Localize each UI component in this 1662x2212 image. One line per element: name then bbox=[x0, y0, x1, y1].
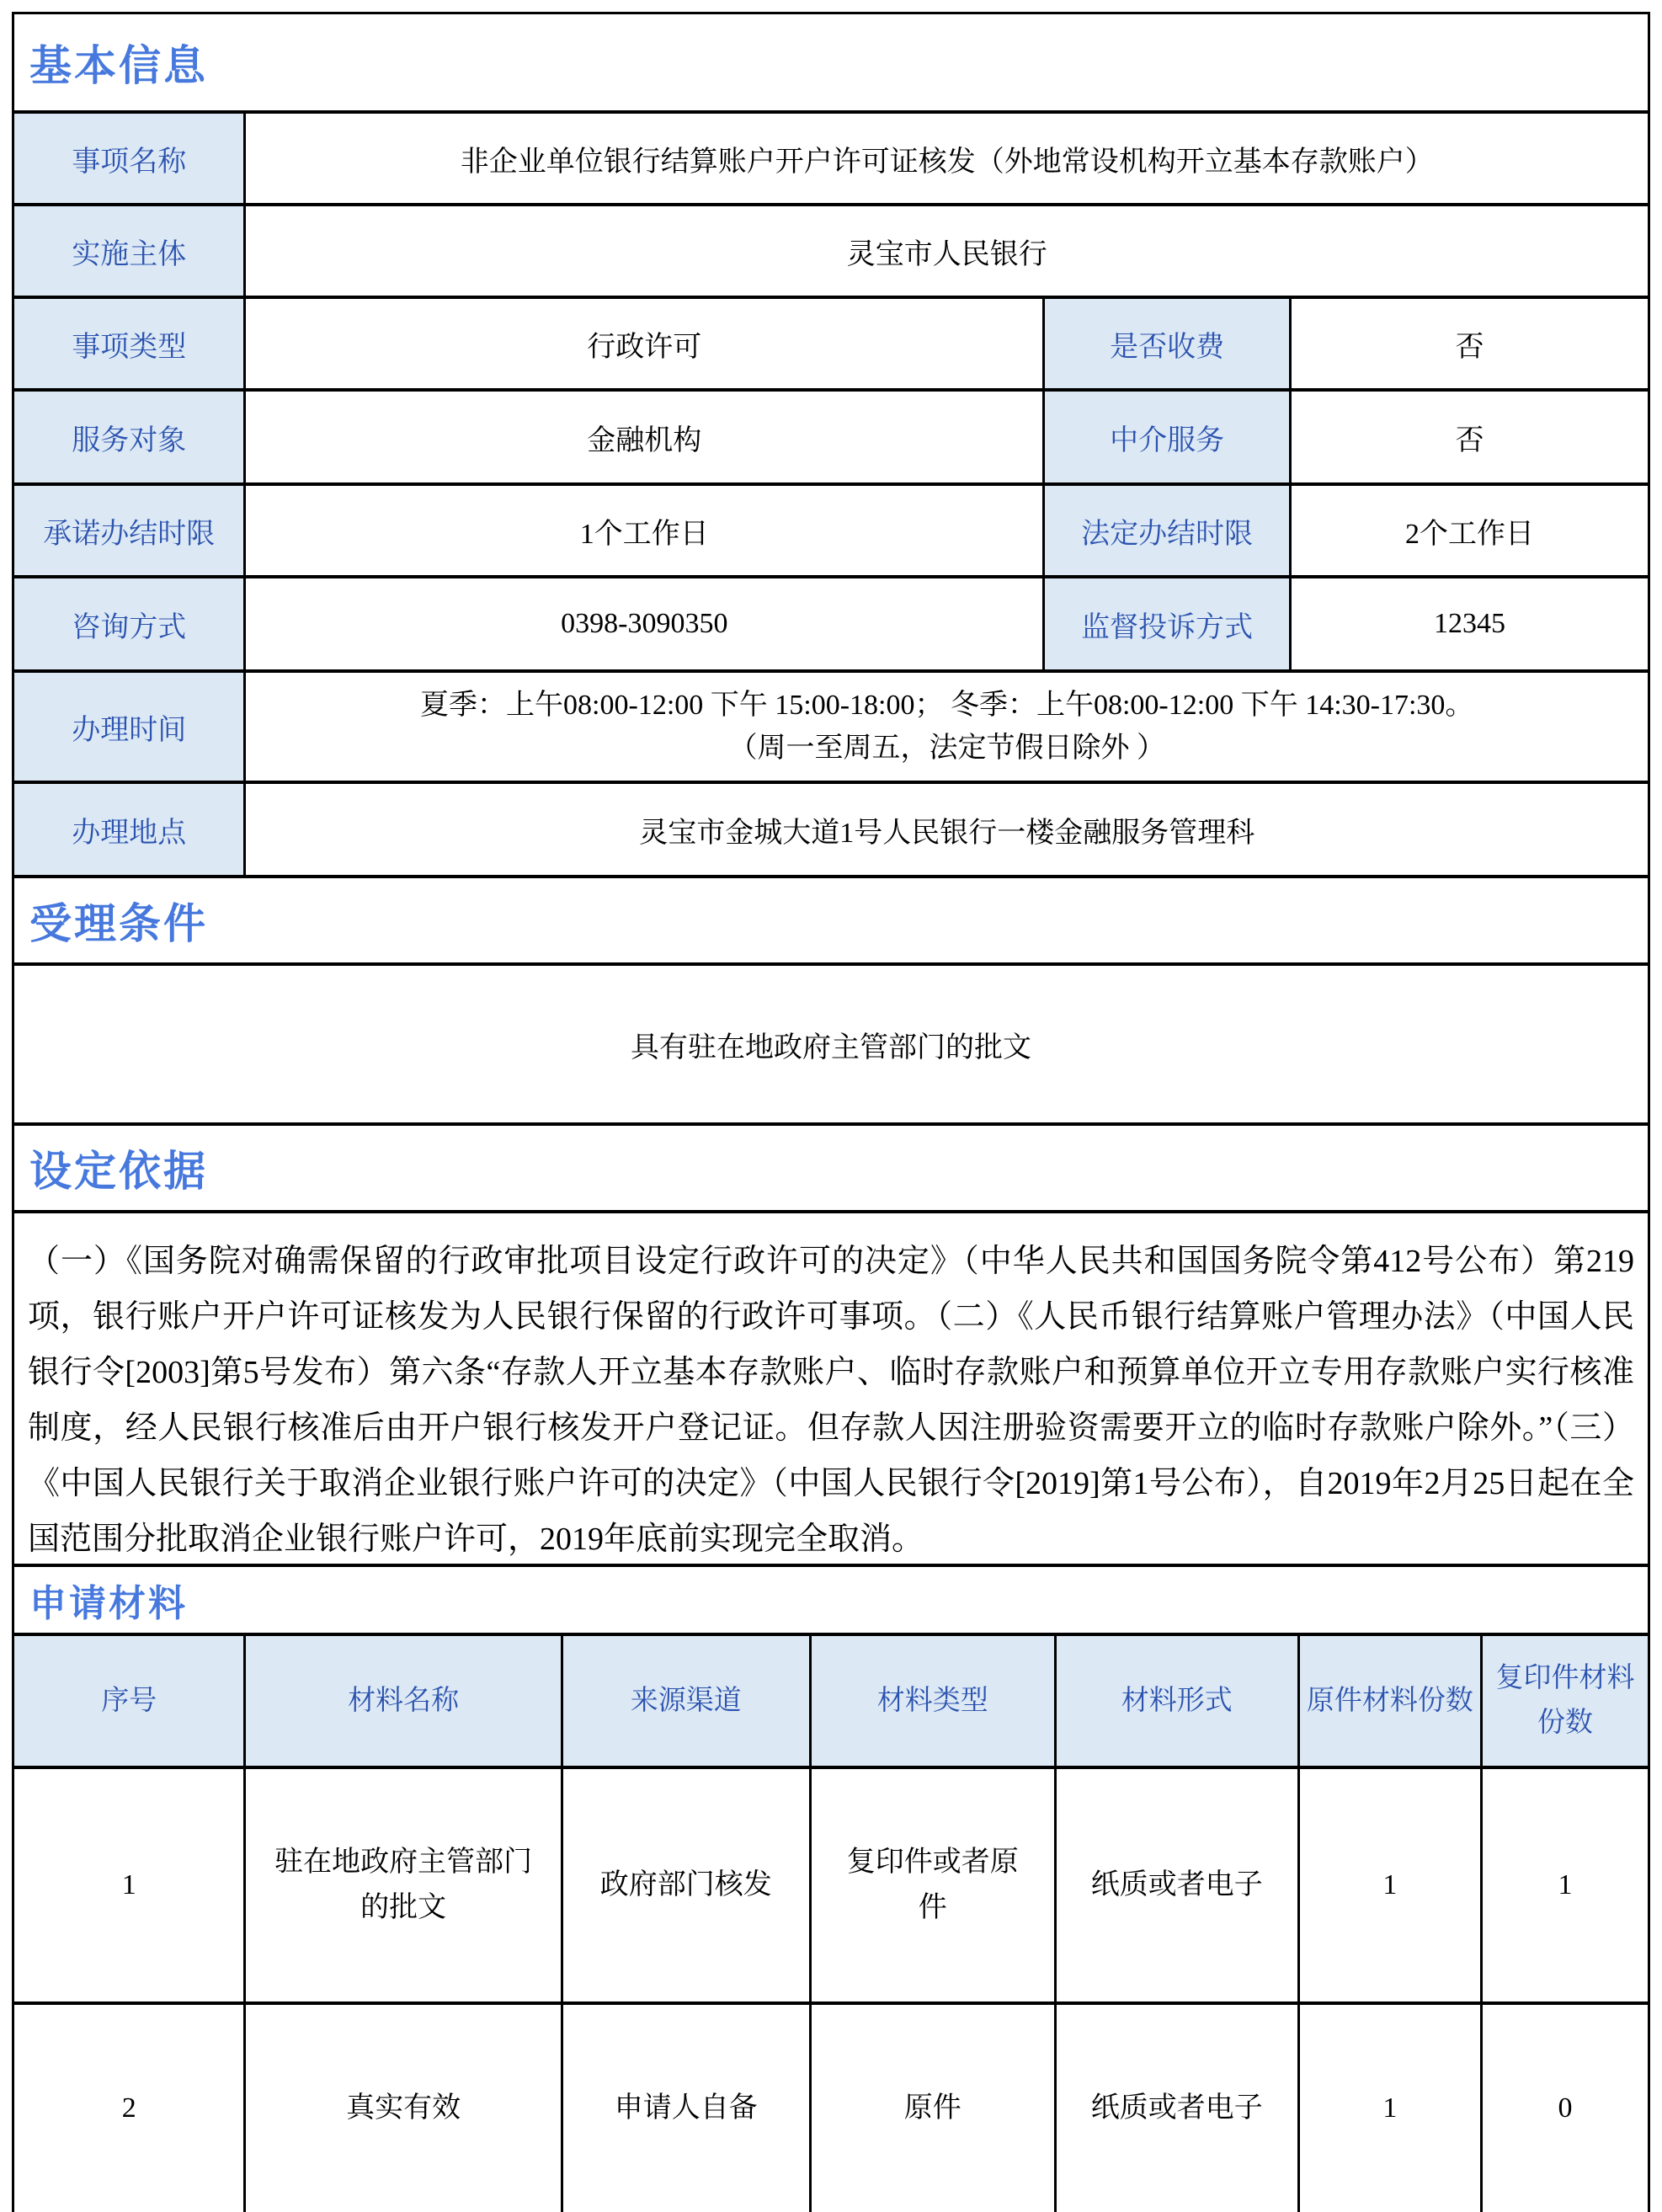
section-title-acceptance-conditions: 受理条件 bbox=[29, 890, 208, 951]
field-label-item-type: 事项类型 bbox=[14, 299, 246, 388]
field-value-item-type: 行政许可 bbox=[246, 299, 1045, 388]
materials-column-header-index: 序号 bbox=[14, 1636, 246, 1766]
materials-cell-photocopy-copies: 1 bbox=[1483, 1769, 1648, 2001]
document-frame: 基本信息 事项名称 非企业单位银行结算账户开户许可证核发（外地常设机构开立基本存… bbox=[12, 12, 1650, 2168]
field-label-implementing-body: 实施主体 bbox=[14, 206, 246, 296]
field-value-office-hours: 夏季：上午08:00-12:00 下午 15:00-18:00； 冬季：上午08… bbox=[246, 673, 1648, 781]
acceptance-conditions-content: 具有驻在地政府主管部门的批文 bbox=[14, 966, 1648, 1126]
field-value-implementing-body: 灵宝市人民银行 bbox=[246, 206, 1648, 296]
section-title-basic-info: 基本信息 bbox=[29, 32, 208, 93]
materials-table-header-row: 序号 材料名称 来源渠道 材料类型 材料形式 原件材料份数 复印件材料份数 bbox=[14, 1636, 1648, 1769]
field-value-fee-charged: 否 bbox=[1292, 299, 1648, 388]
field-label-consultation-method: 咨询方式 bbox=[14, 578, 246, 669]
materials-column-header-form: 材料形式 bbox=[1057, 1636, 1300, 1766]
materials-column-header-original-copies: 原件材料份数 bbox=[1300, 1636, 1483, 1766]
field-label-office-hours: 办理时间 bbox=[14, 673, 246, 781]
legal-basis-content: （一）《国务院对确需保留的行政审批项目设定行政许可的决定》（中华人民共和国国务院… bbox=[14, 1213, 1648, 1567]
materials-column-header-photocopy-copies: 复印件材料份数 bbox=[1483, 1636, 1648, 1766]
field-value-statutory-time-limit: 2个工作日 bbox=[1292, 486, 1648, 575]
field-value-service-target: 金融机构 bbox=[246, 392, 1045, 482]
materials-table-row-1: 1 驻在地政府主管部门的批文 政府部门核发 复印件或者原件 纸质或者电子 1 1 bbox=[14, 1769, 1648, 2005]
field-label-promised-time-limit: 承诺办结时限 bbox=[14, 486, 246, 575]
materials-cell-original-copies: 1 bbox=[1300, 2005, 1483, 2168]
field-value-office-location: 灵宝市金城大道1号人民银行一楼金融服务管理科 bbox=[246, 784, 1648, 875]
table-row-office-hours: 办理时间 夏季：上午08:00-12:00 下午 15:00-18:00； 冬季… bbox=[14, 673, 1648, 784]
field-label-complaint-method: 监督投诉方式 bbox=[1045, 578, 1292, 669]
materials-cell-type: 原件 bbox=[812, 2005, 1057, 2168]
materials-cell-type: 复印件或者原件 bbox=[812, 1769, 1057, 2001]
materials-cell-source: 政府部门核发 bbox=[563, 1769, 812, 2001]
section-header-basic-info: 基本信息 bbox=[14, 14, 1648, 114]
table-row-office-location: 办理地点 灵宝市金城大道1号人民银行一楼金融服务管理科 bbox=[14, 784, 1648, 878]
table-row-time-limits: 承诺办结时限 1个工作日 法定办结时限 2个工作日 bbox=[14, 486, 1648, 578]
field-label-office-location: 办理地点 bbox=[14, 784, 246, 875]
section-title-application-materials: 申请材料 bbox=[29, 1573, 188, 1627]
materials-cell-index: 2 bbox=[14, 2005, 246, 2168]
table-row-contact-methods: 咨询方式 0398-3090350 监督投诉方式 12345 bbox=[14, 578, 1648, 673]
table-row-service-target-intermediary: 服务对象 金融机构 中介服务 否 bbox=[14, 392, 1648, 486]
field-value-intermediary-service: 否 bbox=[1292, 392, 1648, 482]
materials-cell-source: 申请人自备 bbox=[563, 2005, 812, 2168]
section-title-legal-basis: 设定依据 bbox=[29, 1138, 208, 1198]
section-header-acceptance-conditions: 受理条件 bbox=[14, 878, 1648, 966]
materials-cell-photocopy-copies: 0 bbox=[1483, 2005, 1648, 2168]
section-header-application-materials: 申请材料 bbox=[14, 1567, 1648, 1636]
materials-column-header-type: 材料类型 bbox=[812, 1636, 1057, 1766]
materials-column-header-source: 来源渠道 bbox=[563, 1636, 812, 1766]
materials-cell-form: 纸质或者电子 bbox=[1057, 2005, 1300, 2168]
materials-cell-form: 纸质或者电子 bbox=[1057, 1769, 1300, 2001]
field-label-service-target: 服务对象 bbox=[14, 392, 246, 482]
field-label-fee-charged: 是否收费 bbox=[1045, 299, 1292, 388]
field-label-statutory-time-limit: 法定办结时限 bbox=[1045, 486, 1292, 575]
field-value-complaint-method: 12345 bbox=[1292, 578, 1648, 669]
materials-table-row-2: 2 真实有效 申请人自备 原件 纸质或者电子 1 0 bbox=[14, 2005, 1648, 2168]
table-row-item-name: 事项名称 非企业单位银行结算账户开户许可证核发（外地常设机构开立基本存款账户） bbox=[14, 114, 1648, 206]
materials-cell-name: 驻在地政府主管部门的批文 bbox=[246, 1769, 562, 2001]
section-header-legal-basis: 设定依据 bbox=[14, 1126, 1648, 1213]
materials-cell-original-copies: 1 bbox=[1300, 1769, 1483, 2001]
materials-cell-name: 真实有效 bbox=[246, 2005, 562, 2168]
field-value-item-name: 非企业单位银行结算账户开户许可证核发（外地常设机构开立基本存款账户） bbox=[246, 114, 1648, 203]
table-row-item-type-fee: 事项类型 行政许可 是否收费 否 bbox=[14, 299, 1648, 392]
field-label-item-name: 事项名称 bbox=[14, 114, 246, 203]
materials-column-header-name: 材料名称 bbox=[246, 1636, 562, 1766]
field-value-consultation-method: 0398-3090350 bbox=[246, 578, 1045, 669]
field-label-intermediary-service: 中介服务 bbox=[1045, 392, 1292, 482]
field-value-promised-time-limit: 1个工作日 bbox=[246, 486, 1045, 575]
table-row-implementing-body: 实施主体 灵宝市人民银行 bbox=[14, 206, 1648, 299]
materials-cell-index: 1 bbox=[14, 1769, 246, 2001]
